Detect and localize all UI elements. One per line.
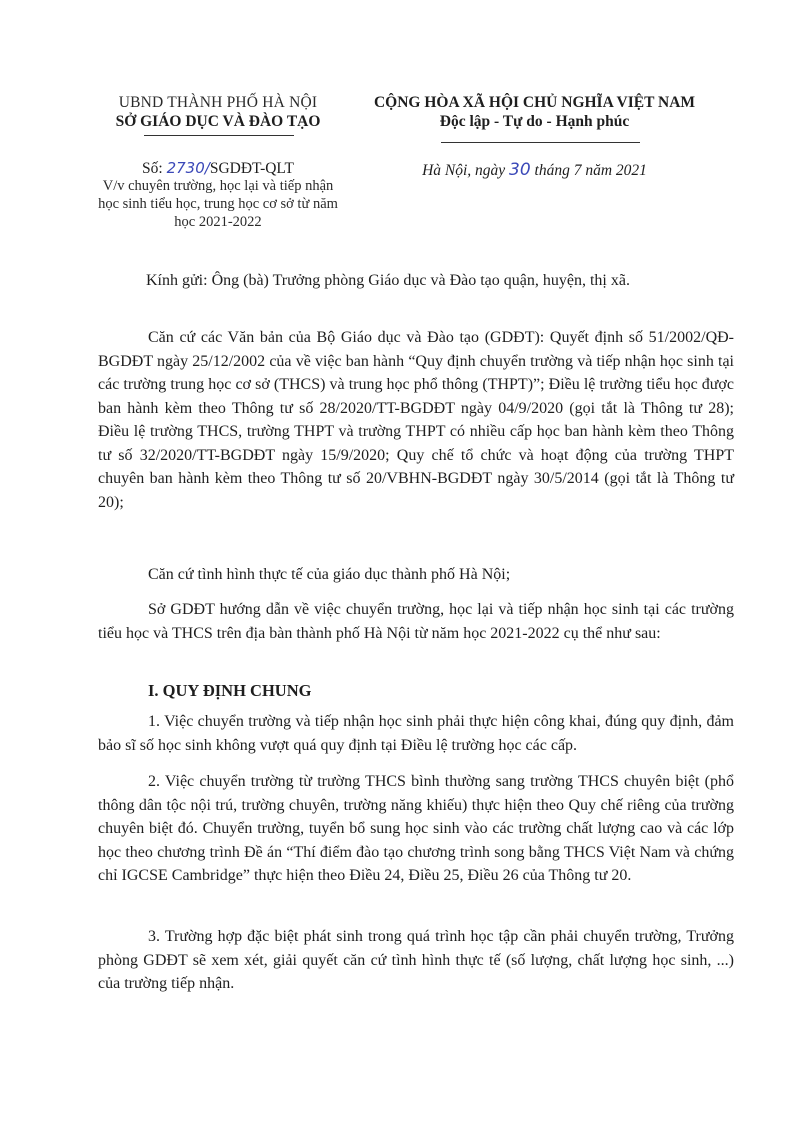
local-basis-text: Căn cứ tình hình thực tế của giáo dục th… [98, 563, 734, 587]
date-suffix: tháng 7 năm 2021 [531, 162, 647, 179]
document-date: Hà Nội, ngày 30 tháng 7 năm 2021 [362, 160, 707, 180]
section-heading: I. QUY ĐỊNH CHUNG [148, 681, 311, 701]
document-subject: V/v chuyên trường, học lại và tiếp nhận … [98, 177, 338, 231]
department-underline [144, 135, 294, 136]
national-heading-block: CỘNG HÒA XÃ HỘI CHỦ NGHĨA VIỆT NAM Độc l… [362, 93, 707, 131]
handwritten-number: 2730/ [167, 159, 210, 177]
recipient-line: Kính gửi: Ông (bà) Trưởng phòng Giáo dục… [146, 272, 630, 290]
issuing-department: SỞ GIÁO DỤC VÀ ĐÀO TẠO [98, 112, 338, 131]
national-motto: Độc lập - Tự do - Hạnh phúc [362, 112, 707, 131]
legal-basis-text: Căn cứ các Văn bản của Bộ Giáo dục và Đà… [98, 326, 734, 514]
section-item-3: 3. Trường hợp đặc biệt phát sinh trong q… [98, 925, 734, 996]
motto-underline [441, 142, 640, 143]
section-item-2: 2. Việc chuyển trường từ trường THCS bìn… [98, 770, 734, 888]
section-item-text: 1. Việc chuyển trường và tiếp nhận học s… [98, 710, 734, 757]
document-number: Số: 2730/SGDĐT-QLT [98, 159, 338, 178]
preamble-paragraph-2: Căn cứ tình hình thực tế của giáo dục th… [98, 563, 734, 587]
document-page: UBND THÀNH PHỐ HÀ NỘI SỞ GIÁO DỤC VÀ ĐÀO… [0, 0, 800, 1132]
issuer-block: UBND THÀNH PHỐ HÀ NỘI SỞ GIÁO DỤC VÀ ĐÀO… [98, 93, 338, 131]
section-item-1: 1. Việc chuyển trường và tiếp nhận học s… [98, 710, 734, 757]
document-number-code: SGDĐT-QLT [210, 160, 294, 177]
handwritten-day: 30 [509, 160, 531, 180]
section-item-text: 2. Việc chuyển trường từ trường THCS bìn… [98, 770, 734, 888]
preamble-paragraph-3: Sở GDĐT hướng dẫn về việc chuyển trường,… [98, 598, 734, 645]
issuing-agency: UBND THÀNH PHỐ HÀ NỘI [98, 93, 338, 112]
document-number-prefix: Số: [142, 160, 167, 177]
national-title: CỘNG HÒA XÃ HỘI CHỦ NGHĨA VIỆT NAM [362, 93, 707, 112]
section-item-text: 3. Trường hợp đặc biệt phát sinh trong q… [98, 925, 734, 996]
guidance-intro-text: Sở GDĐT hướng dẫn về việc chuyển trường,… [98, 598, 734, 645]
preamble-paragraph-1: Căn cứ các Văn bản của Bộ Giáo dục và Đà… [98, 326, 734, 514]
date-prefix: Hà Nội, ngày [422, 162, 509, 179]
